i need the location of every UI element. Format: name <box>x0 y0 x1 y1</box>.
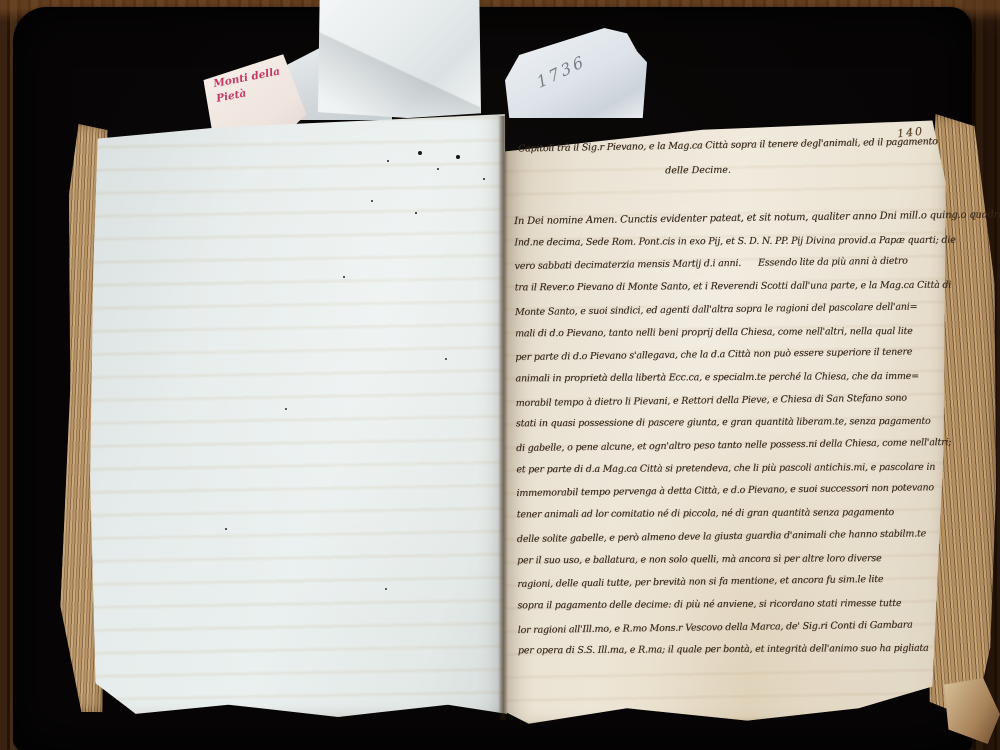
manuscript-body: In Dei nomine Amen. Cunctis evidenter pa… <box>514 206 948 664</box>
pink-label-line2: Pietà <box>215 87 247 105</box>
photograph-of-manuscript: 1736 Monti dellaPietà 140 Capitoli trà i… <box>0 0 1000 750</box>
book-gutter-fold <box>498 116 508 720</box>
heading-line-2: delle Decime. <box>618 164 778 177</box>
year-annotation: 1736 <box>534 51 588 92</box>
left-blank-page <box>85 108 507 720</box>
bookmark-tab-white-large <box>318 0 481 118</box>
manuscript-line: per opera di S.S. Ill.ma, e R.ma; il qua… <box>518 638 948 663</box>
